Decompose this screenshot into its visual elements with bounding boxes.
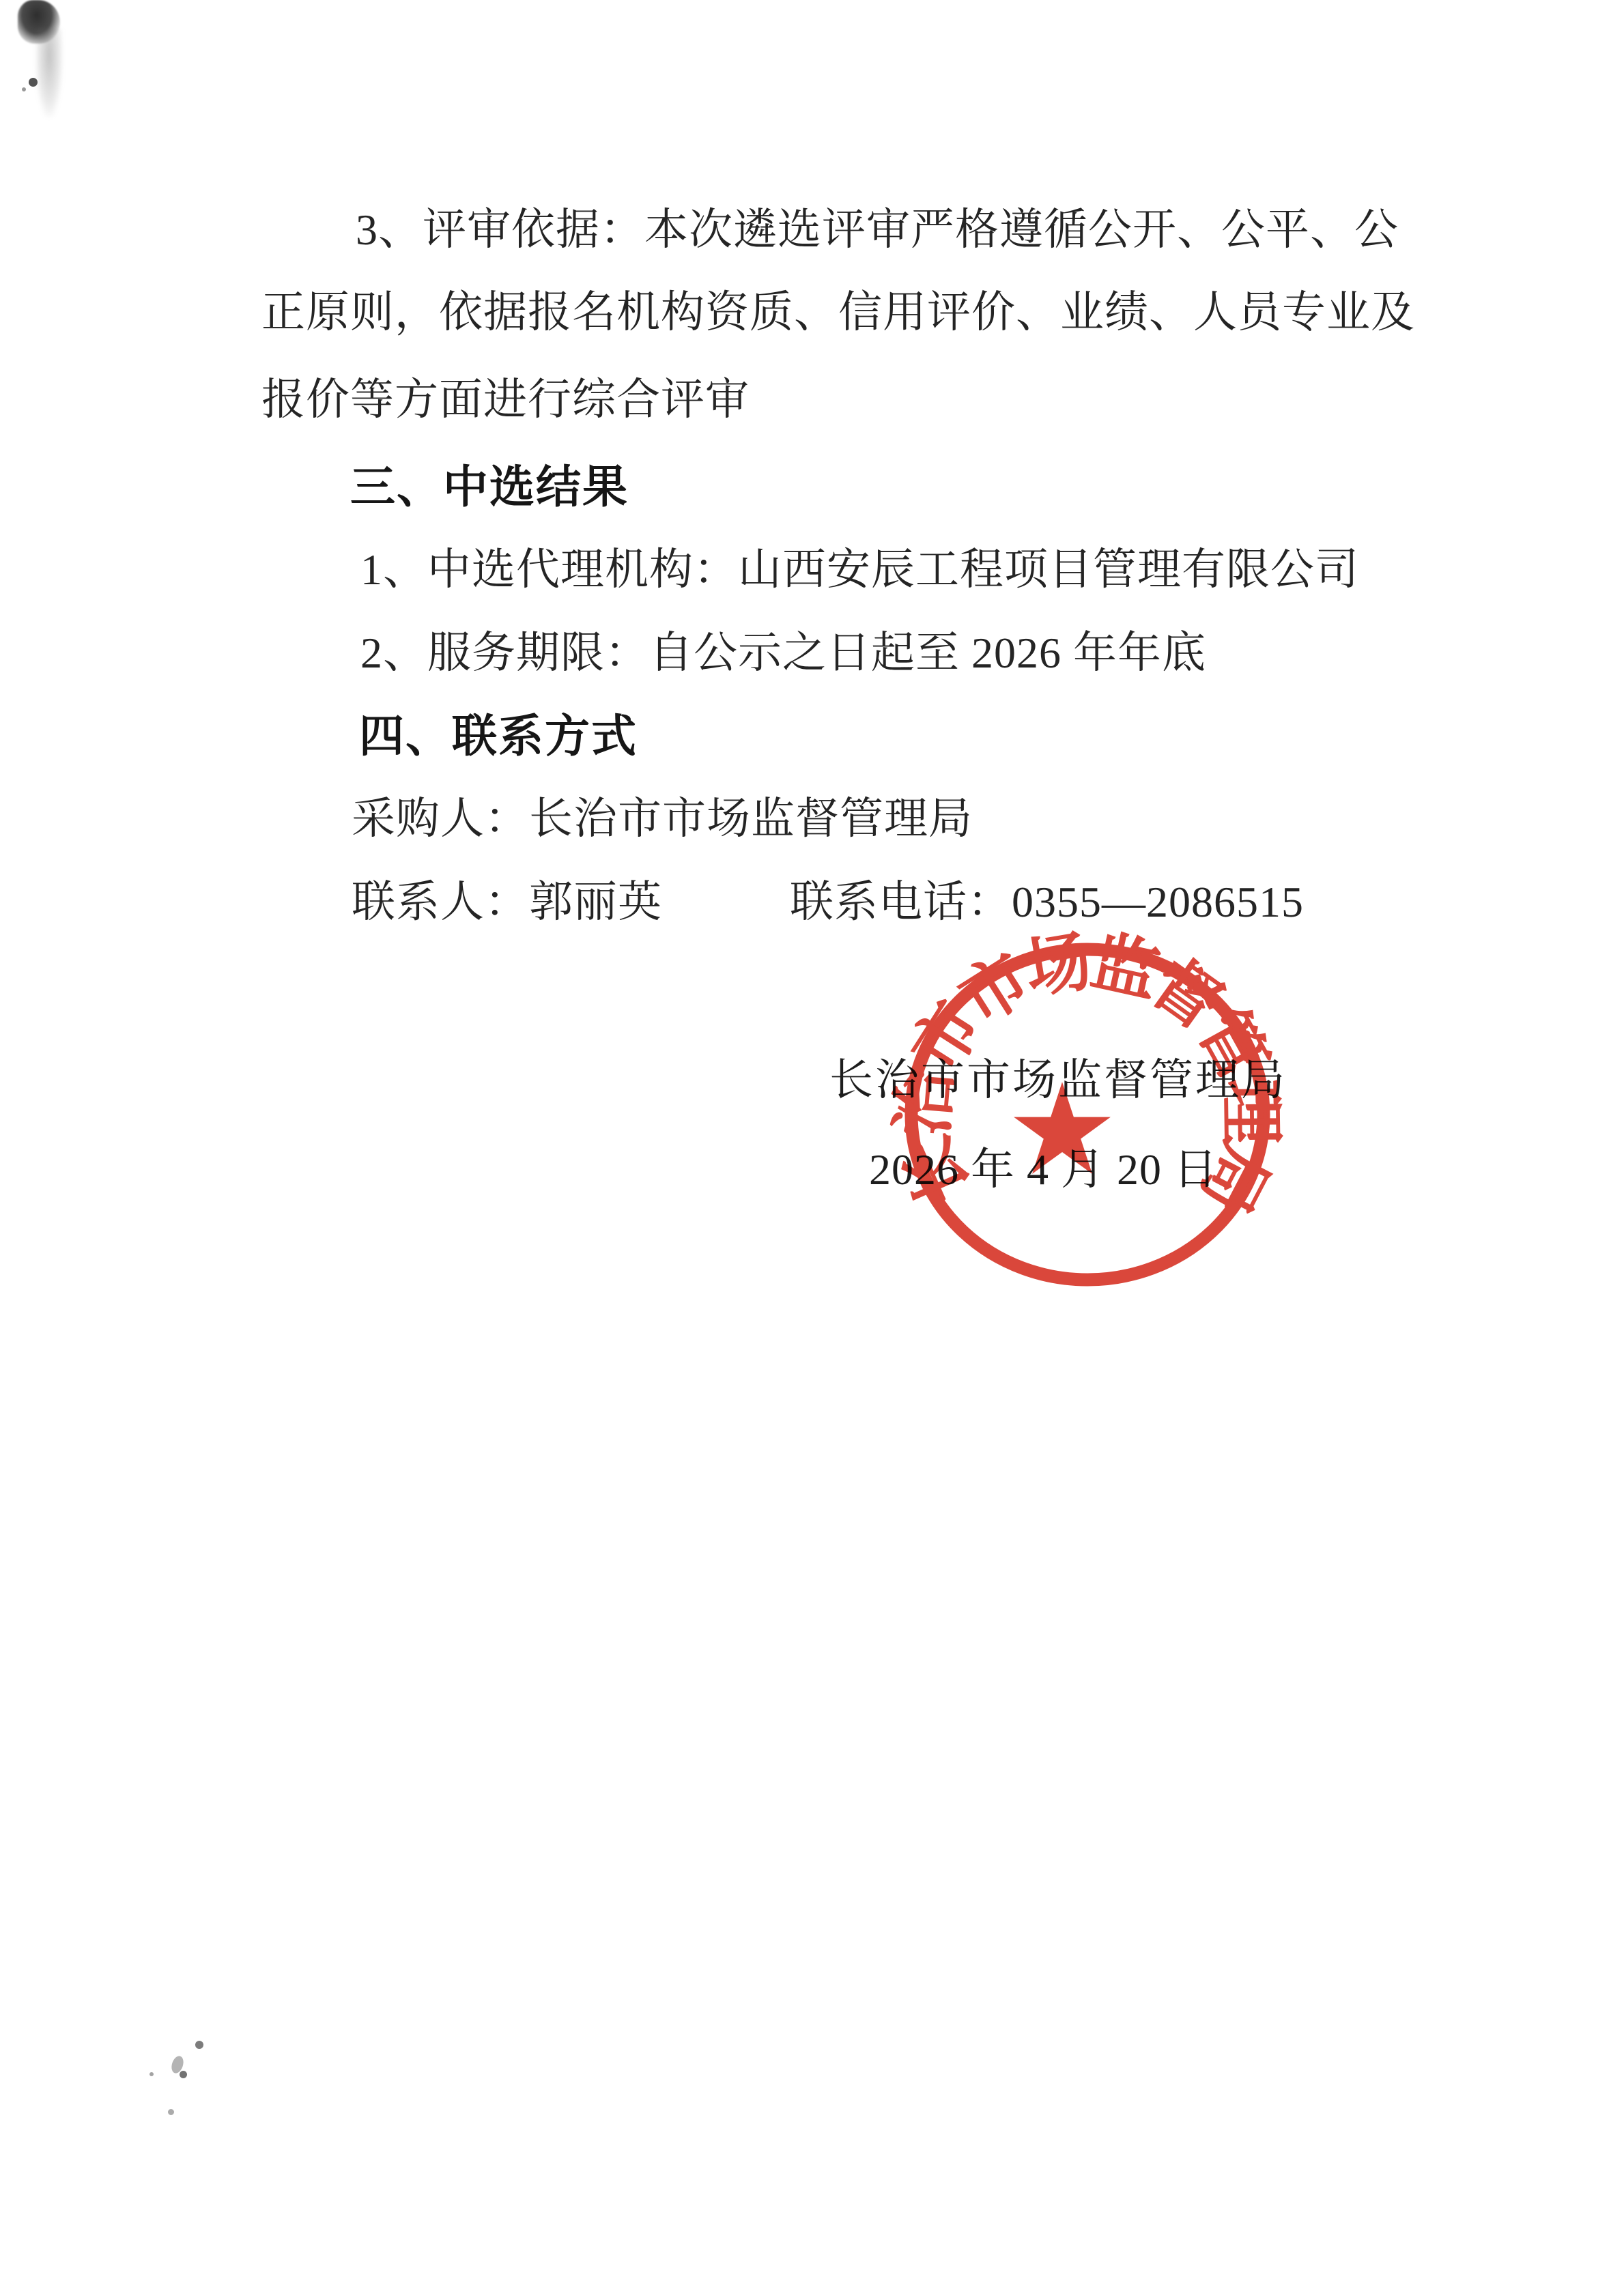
scan-speck (149, 2072, 154, 2076)
official-seal-stamp: 长治市市场监督管理局 ★ (874, 911, 1304, 1314)
body-line-service-period: 2、服务期限：自公示之日起至 2026 年年底 (360, 628, 1206, 678)
scan-smudge-tail (35, 29, 63, 117)
body-line-review-basis-3: 报价等方面进行综合评审 (261, 375, 750, 425)
section-heading-contact-info: 四、联系方式 (359, 711, 638, 762)
body-line-contact-person: 联系人：郭丽英 (352, 877, 662, 928)
section-heading-selection-result: 三、中选结果 (350, 461, 629, 513)
scan-speck (195, 2041, 203, 2049)
document-page: 3、评审依据：本次遴选评审严格遵循公开、公平、公 正原则，依据报名机构资质、信用… (0, 0, 1624, 2296)
body-line-selected-agency: 1、中选代理机构：山西安辰工程项目管理有限公司 (360, 545, 1359, 595)
scan-speck (22, 87, 26, 91)
body-line-purchaser: 采购人：长治市市场监督管理局 (352, 794, 973, 844)
scan-speck (29, 78, 38, 87)
body-line-review-basis-1: 3、评审依据：本次遴选评审严格遵循公开、公平、公 (356, 205, 1399, 255)
body-line-review-basis-2: 正原则，依据报名机构资质、信用评价、业绩、人员专业及 (261, 287, 1415, 338)
scan-speck (168, 2109, 174, 2115)
seal-star-icon: ★ (1006, 1056, 1119, 1203)
scan-speck (180, 2071, 187, 2078)
